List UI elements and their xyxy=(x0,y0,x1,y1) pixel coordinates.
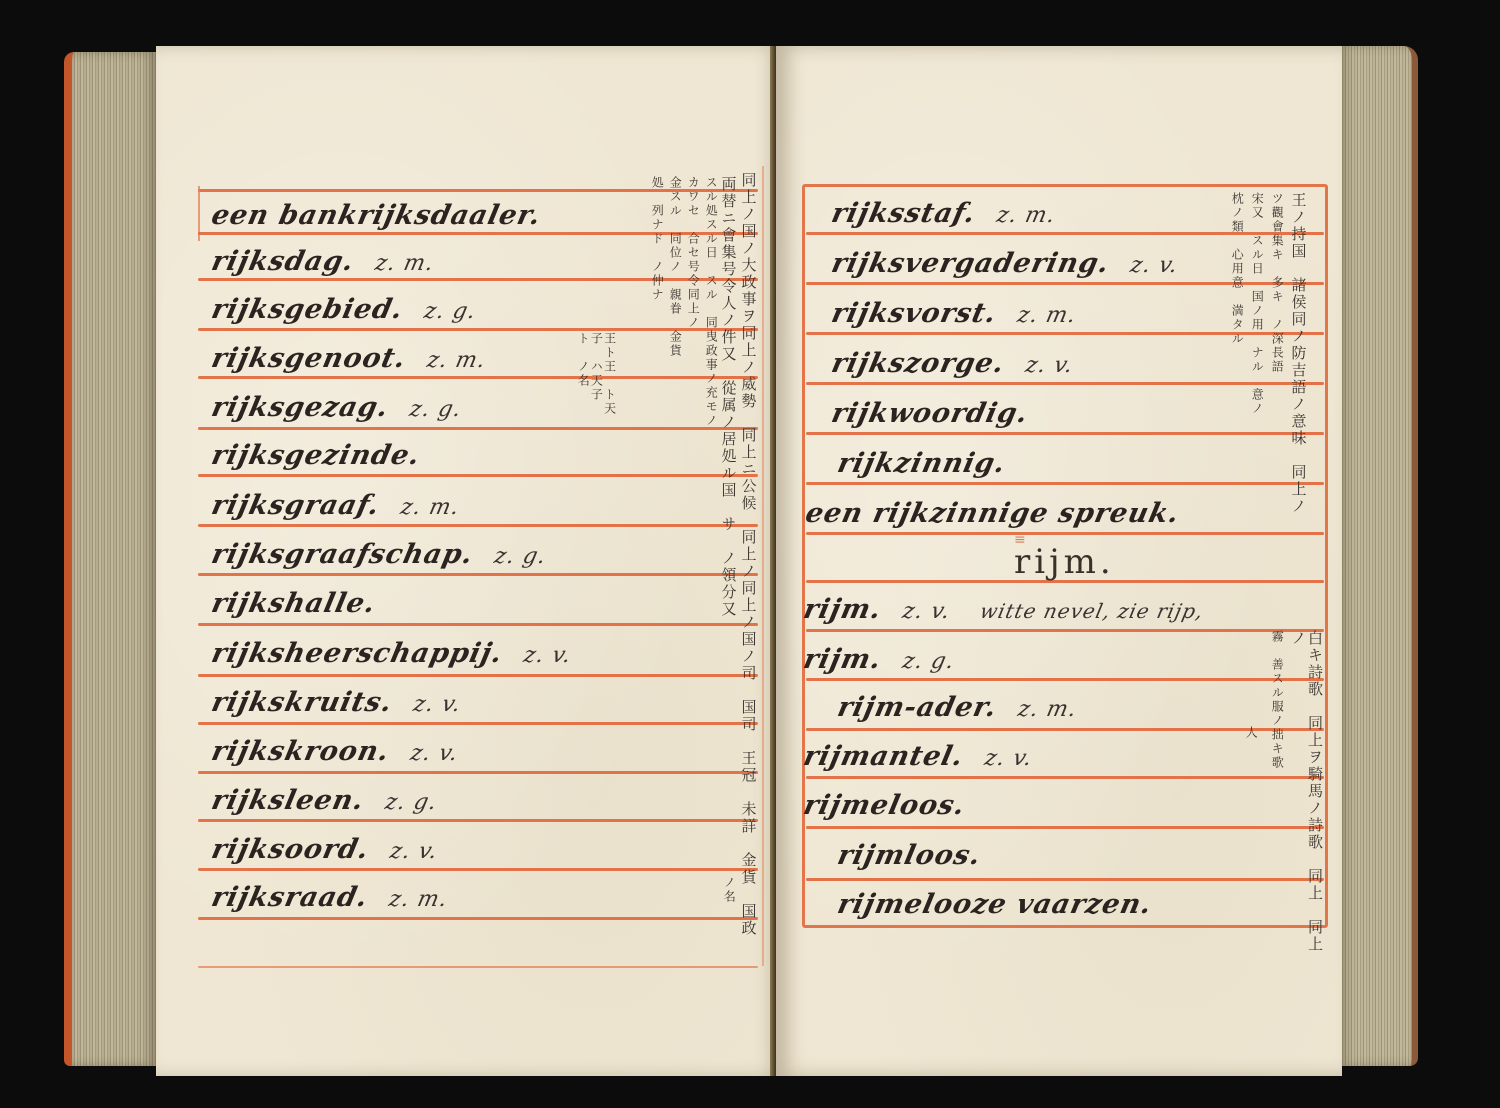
dictionary-entry: rijmantel.z. v. xyxy=(801,741,1036,772)
dictionary-entry: rijkskruits.z. v. xyxy=(209,687,465,718)
dictionary-entry: rijkshalle. xyxy=(209,588,401,619)
dictionary-entry: rijksgenoot.z. m. xyxy=(209,343,490,374)
ruled-line xyxy=(806,282,1324,285)
japanese-gloss: 霧 善スル服ノ拙キ歌 xyxy=(1270,630,1283,880)
ruled-line xyxy=(806,232,1324,235)
right-page: rijksstaf.z. m. rijksvergadering.z. v. r… xyxy=(776,46,1342,1076)
dictionary-entry: rijksleen.z. g. xyxy=(209,785,441,816)
dictionary-entry: rijksstaf.z. m. xyxy=(829,198,1059,229)
ruled-line xyxy=(806,332,1324,335)
frame-edge xyxy=(762,166,764,966)
ruled-line xyxy=(806,382,1324,385)
dictionary-entry: rijksgezinde. xyxy=(209,440,445,471)
ruled-line xyxy=(806,532,1324,535)
japanese-gloss: 枕ノ類 心用意 満タル xyxy=(1230,192,1243,492)
dictionary-entry: rijksoord.z. v. xyxy=(209,834,442,865)
japanese-gloss: 宋又 スル日 国ノ用 ナル 意ノ xyxy=(1250,192,1263,492)
dictionary-entry: rijm.z. v.witte nevel, zie rijp, xyxy=(801,594,1207,625)
japanese-gloss: ノ名 xyxy=(722,876,735,936)
left-page-edges xyxy=(64,52,156,1066)
japanese-gloss: 金スル 同位ノ 親眷 金貨 xyxy=(668,176,681,876)
dictionary-entry: een rijkzinnige spreuk. xyxy=(803,498,1205,529)
dictionary-entry: rijmelooze vaarzen. xyxy=(835,889,1155,920)
left-page: een bankrijksdaaler. rijksdag.z. m. rijk… xyxy=(156,46,780,1076)
dictionary-entry: rijksdag.z. m. xyxy=(209,246,438,277)
right-page-edges xyxy=(1340,46,1418,1066)
japanese-gloss: 王ノ持国 諸侯同ノ防吉語ノ意味 同上ノ xyxy=(1290,192,1307,552)
open-book: een bankrijksdaaler. rijksdag.z. m. rijk… xyxy=(64,46,1418,1076)
dictionary-entry: een bankrijksdaaler. xyxy=(209,200,566,231)
japanese-gloss: 処 列ナド ノ仲ナ xyxy=(650,176,663,476)
japanese-gloss: 王ト王 ト天子 ハ天子 ト ノ名 xyxy=(576,332,616,422)
ruled-line xyxy=(806,629,1324,632)
japanese-gloss: 両替ニ會集号令人ノ件又 從属ノ居処ル国 サ ノ領分又 xyxy=(720,176,737,696)
dictionary-entry: rijksheerschappij.z. v. xyxy=(209,638,575,669)
japanese-gloss: 同上ノ国ノ大政事ヲ同上ノ威勢 同上ニ公候 同上ノ同上ノ国ノ司 国司 王冠 未詳 … xyxy=(740,172,757,972)
dictionary-entry: rijksgebied.z. g. xyxy=(209,294,480,325)
dictionary-entry: rijkskroon.z. v. xyxy=(209,736,462,767)
ruled-line xyxy=(806,878,1324,881)
japanese-gloss: カワセ 合セ号令同上ノ xyxy=(686,176,699,476)
dictionary-entry: rijksvergadering.z. v. xyxy=(829,248,1182,279)
japanese-gloss: ツ觀會集キ 多キ ノ深長語 xyxy=(1270,192,1283,492)
ruled-line xyxy=(806,432,1324,435)
section-heading: rijm. xyxy=(1014,542,1115,582)
ruled-line xyxy=(806,776,1324,779)
dictionary-entry: rijkzinnig. xyxy=(835,448,1031,479)
dictionary-entry: rijkwoordig. xyxy=(829,398,1053,429)
dictionary-entry: rijksraad.z. m. xyxy=(209,882,452,913)
dictionary-entry: rijmloos. xyxy=(835,840,984,871)
ruled-line xyxy=(198,966,758,968)
ruled-line xyxy=(198,917,758,920)
dictionary-entry: rijm.z. g. xyxy=(801,644,958,675)
dictionary-entry: rijkszorge.z. v. xyxy=(829,348,1077,379)
japanese-gloss: スル処スル日 スル 同曳政事ノ充モノ xyxy=(704,176,717,476)
dictionary-entry: rijm-ader.z. m. xyxy=(835,692,1081,723)
dictionary-entry: rijksgraaf.z. m. xyxy=(209,490,463,521)
dictionary-entry: rijksgezag.z. g. xyxy=(209,392,466,423)
japanese-gloss: 人 xyxy=(1244,726,1257,766)
dictionary-entry: rijksgraafschap.z. g. xyxy=(209,539,550,570)
japanese-gloss: 白キ詩歌 同上ヲ騎馬ノ詩歌 同上 同上ノ xyxy=(1290,630,1323,960)
dictionary-entry: rijmeloos. xyxy=(801,790,968,821)
ruled-line xyxy=(806,482,1324,485)
ruled-line xyxy=(806,678,1324,681)
dictionary-entry: rijksvorst.z. m. xyxy=(829,298,1080,329)
ruled-line xyxy=(806,826,1324,829)
